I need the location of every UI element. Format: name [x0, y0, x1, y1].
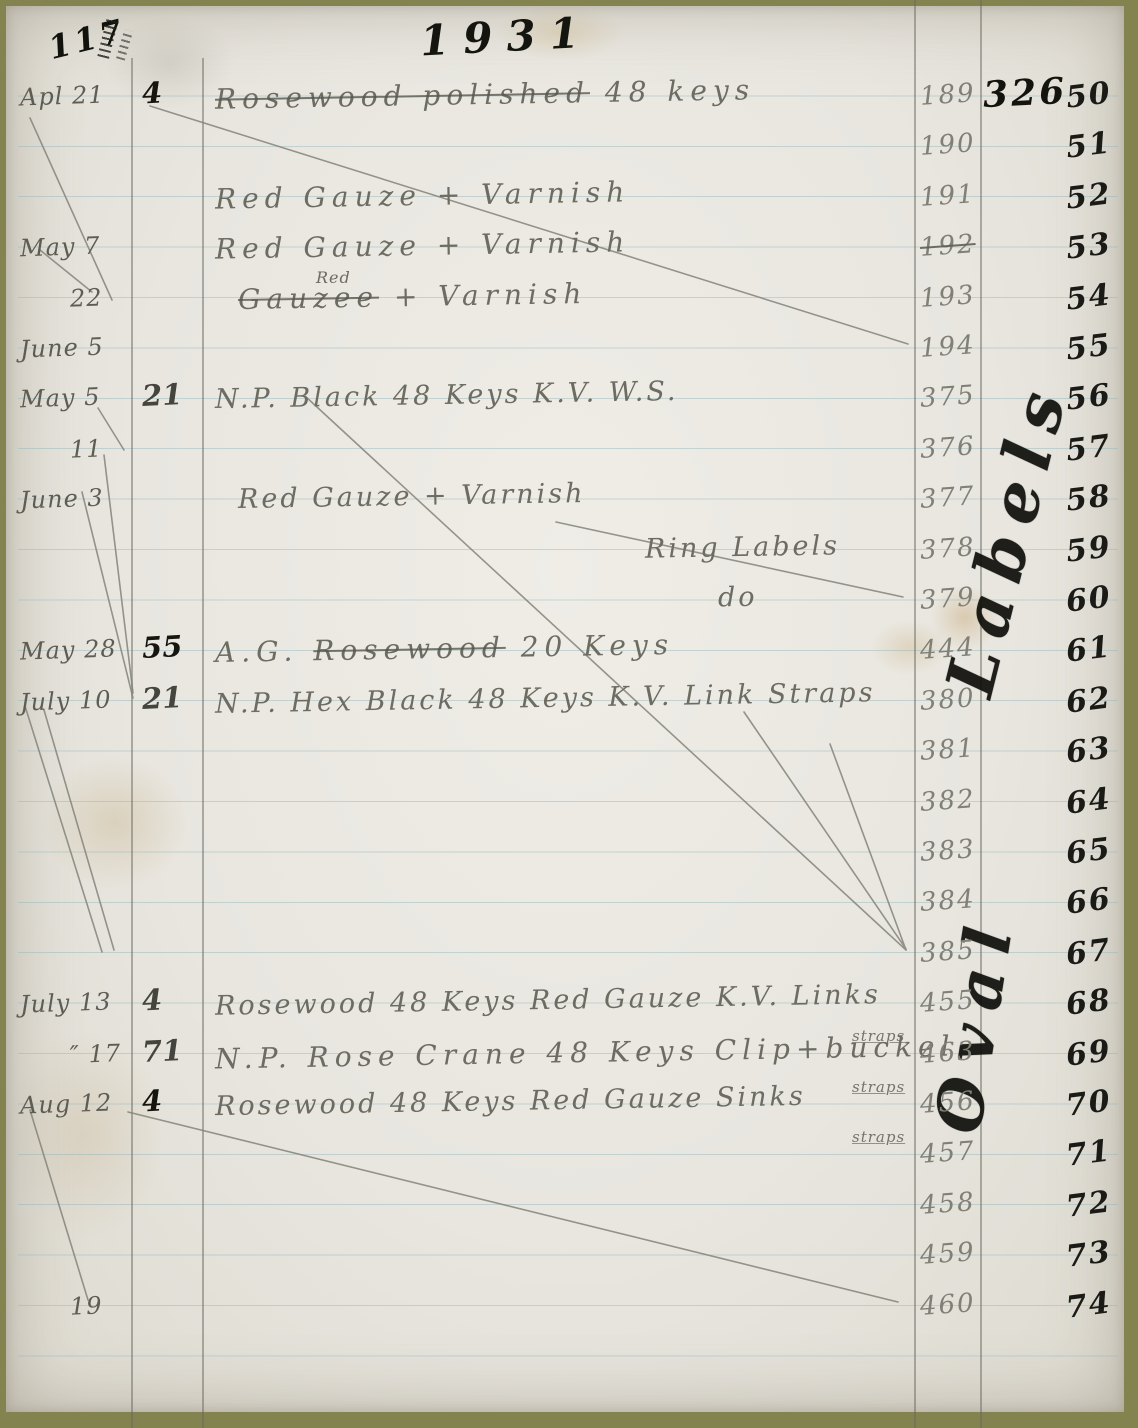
entry-date: July 10	[20, 685, 112, 716]
entry-date: 22	[70, 283, 104, 312]
entry-amount-ink: 326	[982, 70, 1068, 116]
entry-date: ″ 17	[70, 1039, 122, 1069]
entry-serial-number: 73	[1064, 1235, 1114, 1275]
entry-invoice-number: 382	[919, 784, 977, 818]
entry-serial-number: 70	[1064, 1083, 1114, 1123]
entry-date: 11	[70, 434, 104, 463]
entry-serial-number: 61	[1064, 630, 1114, 670]
entry-inserted-word: Red	[316, 268, 351, 287]
entry-date: June 5	[20, 333, 105, 364]
entry-description-segment: do	[718, 582, 758, 614]
entry-description-segment: Rosewood	[313, 631, 506, 667]
entry-serial-number: 66	[1064, 882, 1114, 922]
entry-date: May 7	[20, 232, 101, 263]
entry-description-segment: Red Gauze + Varnish	[238, 478, 586, 515]
entry-description-segment: Rosewood polished	[215, 76, 591, 116]
entry-invoice-number: 377	[919, 481, 977, 515]
entry-serial-number: 67	[1064, 932, 1114, 972]
entry-serial-number: 65	[1064, 831, 1114, 871]
entry-serial-number: 53	[1064, 227, 1114, 267]
entry-description-segment: Red Gauze + Varnish	[215, 175, 631, 215]
entry-quantity: 21	[141, 680, 183, 716]
entry-invoice-number: 379	[919, 582, 977, 616]
entry-quantity: 4	[141, 1083, 163, 1118]
ledger-page: 117 1931 Labels Oval Apl 214Rosewood pol…	[0, 0, 1138, 1428]
entry-description-segment: A.G.	[215, 635, 314, 670]
entry-invoice-number: 383	[919, 834, 977, 868]
entry-serial-number: 56	[1064, 378, 1114, 418]
entry-description: Red Gauze + Varnish	[215, 175, 631, 215]
entry-quantity: 55	[141, 629, 183, 665]
entry-invoice-number: 378	[919, 532, 977, 566]
entry-invoice-number: 193	[919, 280, 977, 314]
entry-serial-number: 54	[1064, 277, 1114, 317]
entry-serial-number: 63	[1064, 731, 1114, 771]
entry-invoice-number: 384	[919, 884, 977, 918]
entry-quantity: 21	[141, 377, 183, 413]
entry-serial-number: 60	[1064, 579, 1114, 619]
entry-serial-number: 58	[1064, 479, 1114, 519]
entry-serial-number: 57	[1064, 428, 1114, 468]
year-title: 1931	[419, 8, 594, 66]
entry-description-segment: Gauzee	[238, 280, 380, 315]
entry-invoice-number: 194	[919, 330, 977, 364]
entry-serial-number: 64	[1064, 781, 1114, 821]
entry-description: Ring Labels	[645, 530, 841, 564]
entry-serial-number: 71	[1064, 1134, 1114, 1174]
entry-invoice-number: 385	[919, 935, 977, 969]
entry-serial-number: 55	[1064, 327, 1114, 367]
entry-invoice-number: 376	[919, 431, 977, 465]
entry-date: May 5	[20, 383, 101, 414]
entry-serial-number: 59	[1064, 529, 1114, 569]
entry-serial-number: 51	[1064, 126, 1114, 166]
entry-invoice-number: 375	[919, 380, 977, 414]
entry-serial-number: 52	[1064, 176, 1114, 216]
entry-serial-number: 68	[1064, 983, 1114, 1023]
entry-description-segment: 48 keys	[590, 73, 756, 109]
entry-invoice-number: 190	[919, 128, 977, 162]
entry-invoice-number: 463	[919, 1036, 977, 1070]
entry-quantity: 71	[141, 1033, 183, 1069]
entry-description-segment: + Varnish	[379, 277, 588, 314]
entry-description-note: straps	[852, 1128, 905, 1146]
entry-date: Apl 21	[20, 81, 105, 112]
entry-invoice-number: 460	[919, 1288, 977, 1322]
entry-invoice-number: 457	[919, 1136, 977, 1170]
entry-date: June 3	[20, 484, 105, 515]
entry-date: May 28	[20, 635, 118, 666]
entry-invoice-number: 380	[919, 683, 977, 717]
entry-description-segment: 20 Keys	[505, 628, 674, 664]
entry-invoice-number: 458	[919, 1187, 977, 1221]
entry-date: July 13	[20, 988, 112, 1019]
entry-invoice-number: 444	[919, 632, 977, 666]
entry-invoice-number: 459	[919, 1237, 977, 1271]
entry-date: Aug 12	[20, 1088, 113, 1119]
entry-description-note: straps	[852, 1078, 905, 1096]
entry-serial-number: 69	[1064, 1033, 1114, 1073]
entry-serial-number: 50	[1064, 75, 1114, 115]
entry-invoice-number: 455	[919, 985, 977, 1019]
entry-invoice-number: 192	[919, 229, 977, 263]
entry-invoice-number: 191	[919, 179, 977, 213]
entry-quantity: 4	[141, 75, 163, 110]
entry-serial-number: 74	[1064, 1285, 1114, 1325]
entry-serial-number: 62	[1064, 680, 1114, 720]
entry-date: 19	[70, 1291, 104, 1320]
entry-description: Gauzee + Varnish	[238, 277, 588, 316]
entry-serial-number: 72	[1064, 1184, 1114, 1224]
entry-description: do	[718, 582, 758, 614]
entry-quantity: 4	[141, 983, 163, 1018]
entry-invoice-number: 456	[919, 1086, 977, 1120]
entry-invoice-number: 189	[919, 78, 977, 112]
entry-invoice-number: 381	[919, 733, 977, 767]
entry-description-segment: Ring Labels	[645, 530, 841, 564]
entry-description: Red Gauze + Varnish	[238, 478, 586, 515]
